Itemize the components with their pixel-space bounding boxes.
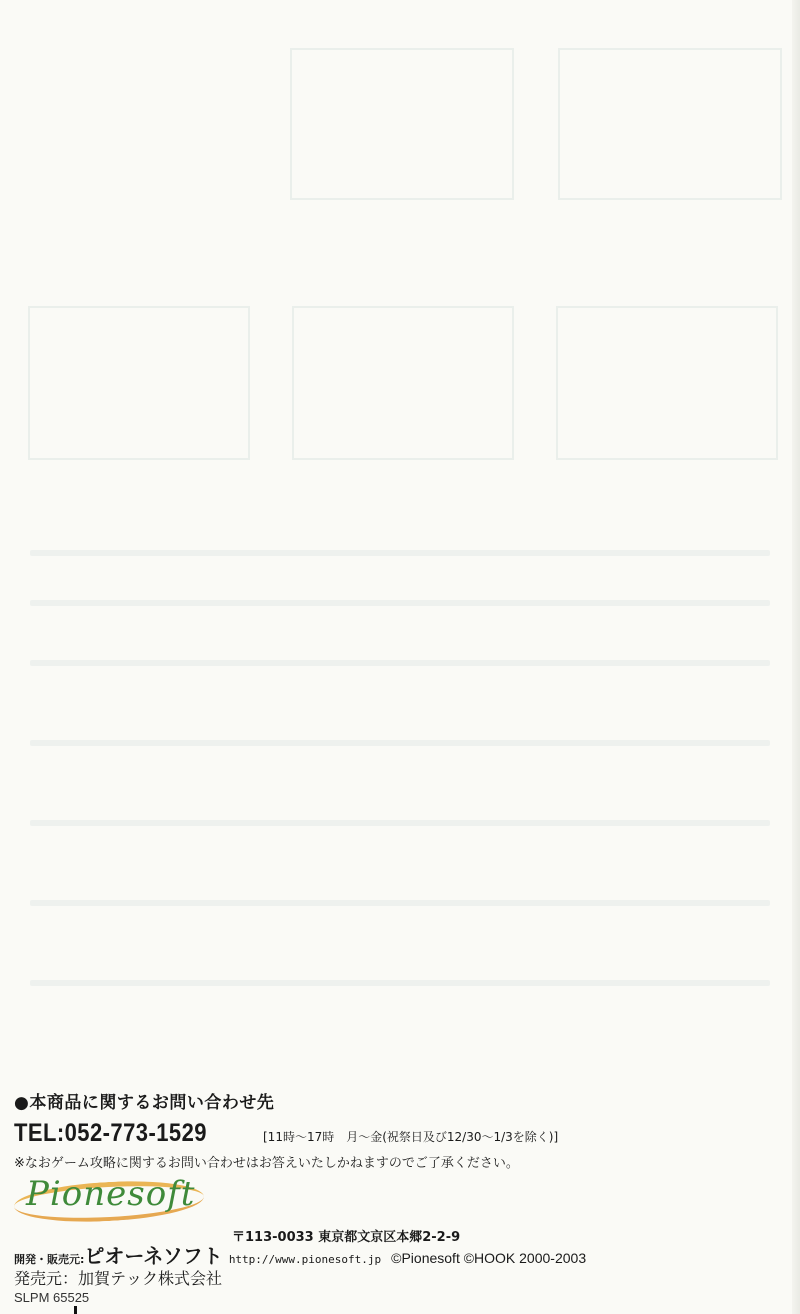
bleed-through-figure — [28, 306, 250, 460]
developer-row: 開発・販売元: ピオーネソフト http://www.pionesoft.jp … — [14, 1240, 586, 1269]
contact-section: ●本商品に関するお問い合わせ先 TEL:052-773-1529 [11時〜17… — [14, 1088, 558, 1171]
product-code: SLPM 65525 — [14, 1290, 89, 1305]
seller: 発売元：加賀テック株式会社 — [14, 1266, 222, 1289]
crop-mark — [74, 1306, 77, 1314]
bleed-through-text — [30, 600, 770, 606]
developer-label: 開発・販売元: — [14, 1251, 84, 1267]
logo-text: Pionesoft — [26, 1174, 195, 1214]
bleed-through-figure — [292, 306, 514, 460]
website-url: http://www.pionesoft.jp — [229, 1253, 381, 1266]
bleed-through-text — [30, 900, 770, 906]
bleed-through-text — [30, 550, 770, 556]
bleed-through-text — [30, 820, 770, 826]
copyright: ©Pionesoft ©HOOK 2000-2003 — [391, 1250, 586, 1266]
bleed-through-figure — [558, 48, 782, 200]
developer-name: ピオーネソフト — [84, 1240, 222, 1269]
support-hours: [11時〜17時 月〜金(祝祭日及び12/30〜1/3を除く)] — [263, 1128, 558, 1145]
bleed-through-text — [30, 740, 770, 746]
contact-heading: ●本商品に関するお問い合わせ先 — [14, 1088, 558, 1113]
strategy-note: ※なおゲーム攻略に関するお問い合わせはお答えいたしかねますのでご了承ください。 — [14, 1152, 558, 1171]
bleed-through-figure — [556, 306, 778, 460]
bleed-through-text — [30, 980, 770, 986]
phone-number: TEL:052-773-1529 — [14, 1119, 230, 1148]
bleed-through-figure — [290, 48, 514, 200]
tel-row: TEL:052-773-1529 [11時〜17時 月〜金(祝祭日及び12/30… — [14, 1119, 558, 1148]
bleed-through-text — [30, 660, 770, 666]
pionesoft-logo: Pionesoft — [12, 1172, 212, 1220]
page-edge — [792, 0, 800, 1314]
